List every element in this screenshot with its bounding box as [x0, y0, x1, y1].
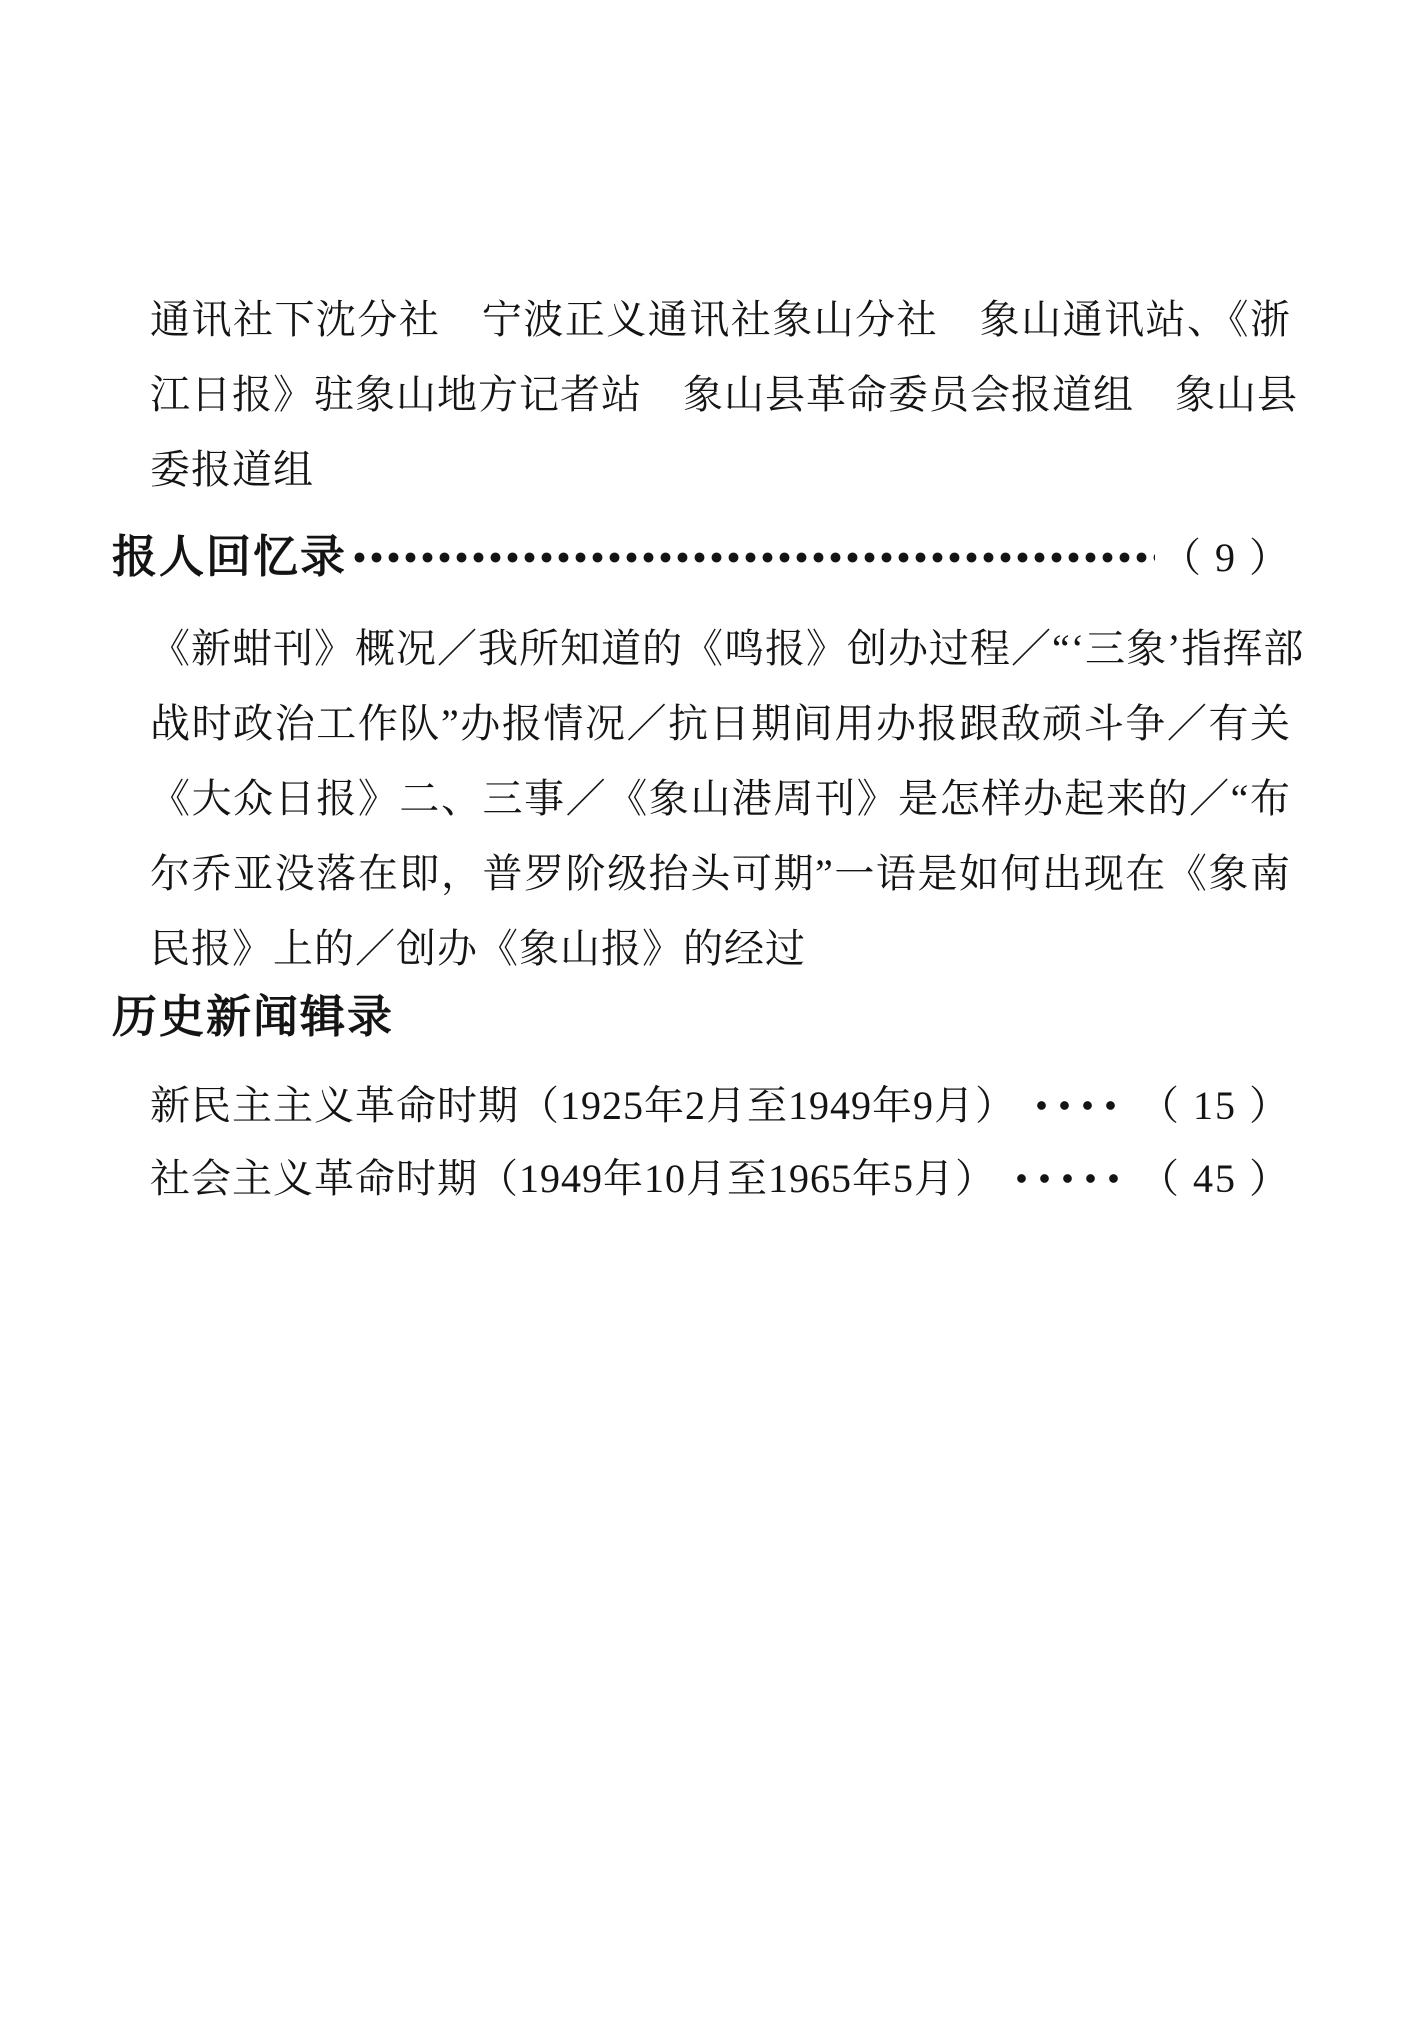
page-number: （ 9 ） [1161, 520, 1291, 595]
toc-description-line: 战时政治工作队”办报情况／抗日期间用办报跟敌顽斗争／有关 [150, 686, 1291, 761]
dot-leader [1030, 1068, 1129, 1143]
scanned-toc-page: 通讯社下沈分社 宁波正义通讯社象山分社 象山通讯站、《浙 江日报》驻象山地方记者… [0, 0, 1401, 2044]
toc-description-line: 江日报》驻象山地方记者站 象山县革命委员会报道组 象山县 [150, 357, 1291, 432]
entry-title: 新民主主义革命时期（1925年2月至1949年9月） [150, 1068, 1016, 1143]
toc-description-line: 通讯社下沈分社 宁波正义通讯社象山分社 象山通讯站、《浙 [150, 282, 1291, 357]
toc-section-memoirs: 报人回忆录 （ 9 ） [112, 520, 1291, 595]
entry-title: 社会主义革命时期（1949年10月至1965年5月） [150, 1141, 996, 1216]
dot-leader [351, 520, 1155, 595]
dot-leader [1010, 1141, 1129, 1216]
toc-description-line: 民报》上的／创办《象山报》的经过 [150, 911, 1291, 986]
toc-section-history: 历史新闻辑录 [112, 980, 1291, 1055]
toc-description-line: 《新蚶刊》概况／我所知道的《鸣报》创办过程／“‘三象’指挥部 [150, 611, 1291, 686]
page-number: （ 45 ） [1139, 1141, 1291, 1216]
toc-entry-description-continuation: 通讯社下沈分社 宁波正义通讯社象山分社 象山通讯站、《浙 江日报》驻象山地方记者… [150, 282, 1291, 507]
toc-entry-new-democratic-period: 新民主主义革命时期（1925年2月至1949年9月） （ 15 ） [150, 1068, 1291, 1143]
toc-entry-description-memoirs: 《新蚶刊》概况／我所知道的《鸣报》创办过程／“‘三象’指挥部 战时政治工作队”办… [150, 611, 1291, 986]
section-title: 历史新闻辑录 [112, 980, 394, 1055]
section-title: 报人回忆录 [112, 520, 347, 595]
toc-entry-socialist-period: 社会主义革命时期（1949年10月至1965年5月） （ 45 ） [150, 1141, 1291, 1216]
toc-description-line: 委报道组 [150, 432, 1291, 507]
toc-description-line: 《大众日报》二、三事／《象山港周刊》是怎样办起来的／“布 [150, 761, 1291, 836]
page-number: （ 15 ） [1139, 1068, 1291, 1143]
toc-description-line: 尔乔亚没落在即，普罗阶级抬头可期”一语是如何出现在《象南 [150, 836, 1291, 911]
